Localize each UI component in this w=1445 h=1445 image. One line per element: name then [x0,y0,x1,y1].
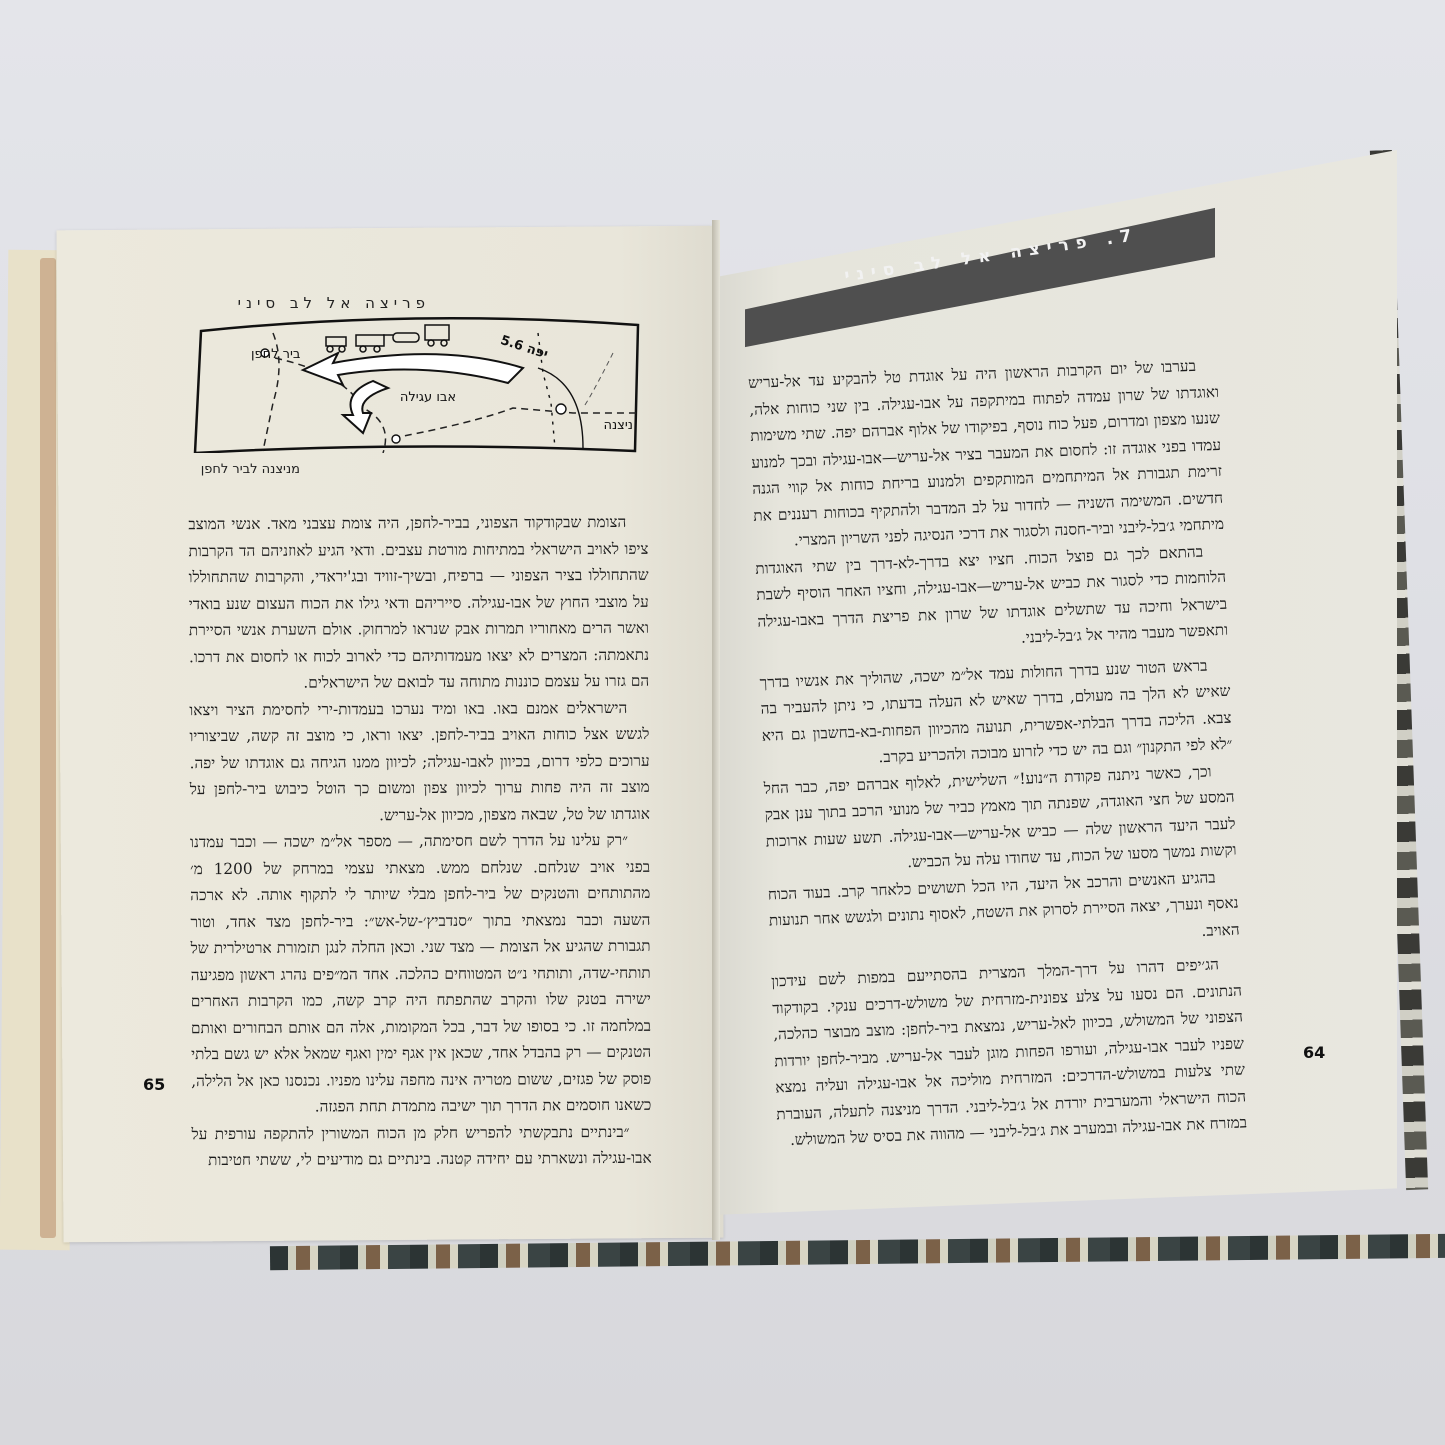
page-number-right: 64 [1303,1043,1325,1062]
map-label-abu-ageila: אבו עגילה [400,390,456,405]
paragraph: ״רק עלינו על הדרך לשם חסימתה, — מספר אל״… [190,827,652,1121]
vehicle-icons [326,325,449,352]
running-head: פריצה אל לב סיני [200,294,430,312]
paragraph: בערבו של יום הקרבות הראשון היה על אוגדת … [748,352,1225,555]
paragraph: בראש הטור שנע בדרך החולות עמד אל״מ ישכה,… [759,651,1233,775]
paragraph: בהגיע האנשים והרכב אל היעד, היו הכל תשוש… [767,863,1240,960]
place-marker [392,435,400,443]
paragraph: הג׳יפים דהרו על דרך-המלך המצרית בהסתייעם… [771,951,1248,1154]
map-frame [195,318,638,453]
road-dashed [583,353,613,408]
left-page-body: הצומת שבקודקוד הצפוני, בביר-לחפן, היה צו… [188,509,651,1174]
right-page-body: בערבו של יום הקרבות הראשון היה על אוגדת … [745,290,1247,1154]
paragraph: וכך, כאשר ניתנה פקודת ה״נוע!״ השלישית, ל… [763,757,1237,881]
paragraph: בהתאם לכך גם פוצל הכוח. חציו יצא בדרך-לא… [755,537,1229,661]
paragraph: הישראלים אמנם באו. באו ומיד נערכו בעמדות… [189,694,650,829]
map-label-nitzana: ניצנה [603,418,633,433]
book-gutter [712,220,720,1240]
page-number-left: 65 [143,1075,165,1094]
route-map: ביר לחפן יפה 5.6 אבו עגילה ניצנה [193,313,643,453]
map-label-bir-lahfan: ביר לחפן [251,347,300,362]
place-marker [556,404,566,414]
paragraph: הצומת שבקודקוד הצפוני, בביר-לחפן, היה צו… [188,509,649,697]
open-book: פריצה אל לב סיני ביר לחפן יפה 5.6 אבו עג… [0,0,1445,1445]
road-dashed [393,408,638,438]
map-caption: מניצנה לביר לחפן [160,462,300,477]
cover-edge-left [40,258,56,1238]
paragraph: ״בינתיים נתבקשתי להפריש חלק מן הכוח המשו… [191,1118,651,1173]
turn-arrow [343,381,388,433]
advance-arrow [303,353,523,385]
map-label-yaffe: יפה 5.6 [499,333,550,362]
